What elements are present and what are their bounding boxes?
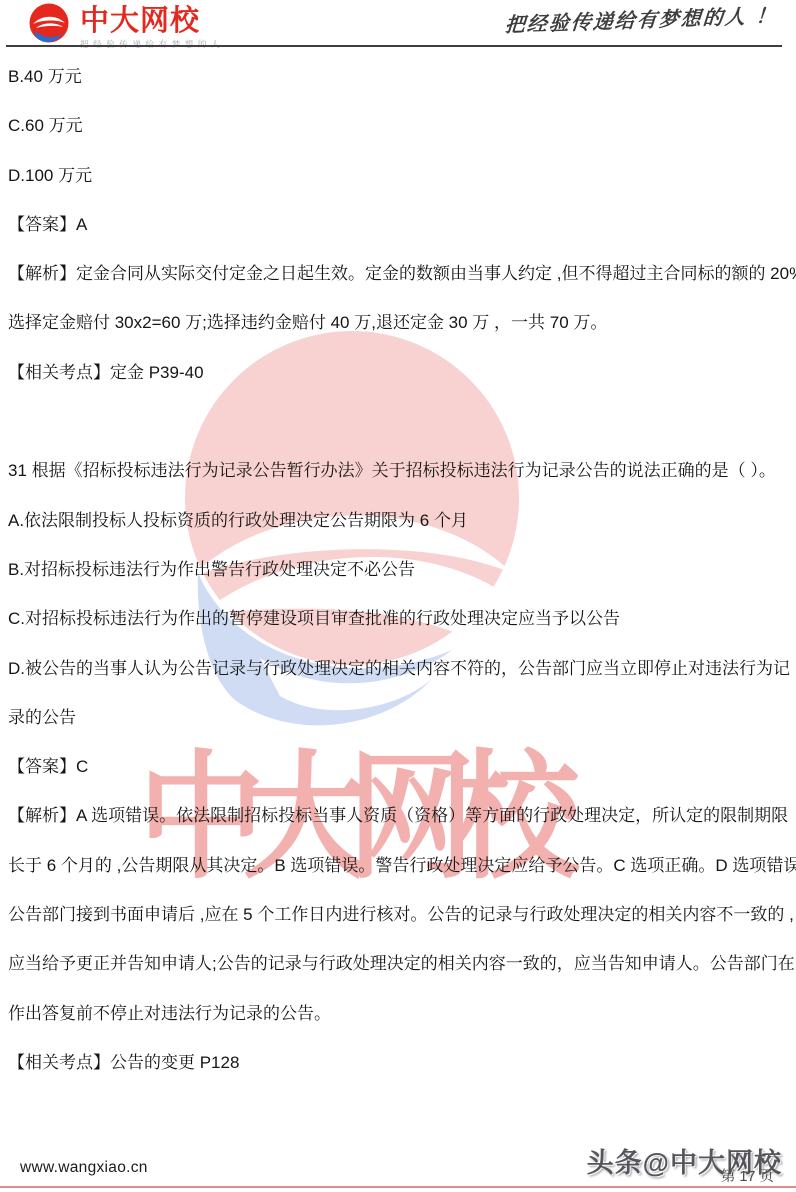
page-number: 第 17 页 [721,1165,774,1186]
brand-logo-text: 中大网校 把经验传递给有梦想的人 [80,3,224,50]
body-line: 作出答复前不停止对违法行为记录的公告。 [8,989,792,1038]
body-line: B.40 万元 [8,52,792,101]
brand-logo: 中大网校 把经验传递给有梦想的人 [28,3,224,50]
body-line: 【相关考点】定金 P39-40 [8,348,792,397]
brand-logo-icon [28,3,70,45]
footer-website: www.wangxiao.cn [20,1159,148,1177]
footer-divider [0,1186,796,1188]
body-line: 选择定金赔付 30x2=60 万;选择违约金赔付 40 万,退还定金 30 万 … [8,298,792,347]
body-line: D.被公告的当事人认为公告记录与行政处理决定的相关内容不符的，公告部门应当立即停… [8,644,792,693]
body-line: 公告部门接到书面申请后 ,应在 5 个工作日内进行核对。公告的记录与行政处理决定… [8,890,792,939]
brand-name: 中大网校 [80,6,224,36]
handwritten-slogan: 把经验传递给有梦想的人 ！ [504,0,779,38]
body-line: A.依法限制投标人投标资质的行政处理决定公告期限为 6 个月 [8,496,792,545]
body-line: 【相关考点】公告的变更 P128 [8,1038,792,1087]
body-line: C.对招标投标违法行为作出的暂停建设项目审查批准的行政处理决定应当予以公告 [8,594,792,643]
body-line: 【答案】C [8,742,792,791]
body-line: 应当给予更正并告知申请人;公告的记录与行政处理决定的相关内容一致的，应当告知申请… [8,939,792,988]
body-line: 31 根据《招标投标违法行为记录公告暂行办法》关于招标投标违法行为记录公告的说法… [8,446,792,495]
body-line: 【解析】A 选项错误。依法限制招标投标当事人资质（资格）等方面的行政处理决定，所… [8,791,792,840]
body-line: D.100 万元 [8,151,792,200]
body-line: C.60 万元 [8,101,792,150]
document-page: 中大网校 把经验传递给有梦想的人 把经验传递给有梦想的人 ！ 中大网校 B.40… [0,0,796,1192]
header-divider [6,45,782,47]
body-line: 长于 6 个月的 ,公告期限从其决定。B 选项错误。警告行政处理决定应给予公告。… [8,841,792,890]
body-line: B.对招标投标违法行为作出警告行政处理决定不必公告 [8,545,792,594]
question-body: B.40 万元C.60 万元D.100 万元【答案】A【解析】定金合同从实际交付… [8,52,792,1087]
body-line: 【解析】定金合同从实际交付定金之日起生效。定金的数额由当事人约定 ,但不得超过主… [8,249,792,298]
brand-tagline: 把经验传递给有梦想的人 [80,38,224,50]
body-line [8,397,792,446]
body-line: 【答案】A [8,200,792,249]
body-line: 录的公告 [8,693,792,742]
